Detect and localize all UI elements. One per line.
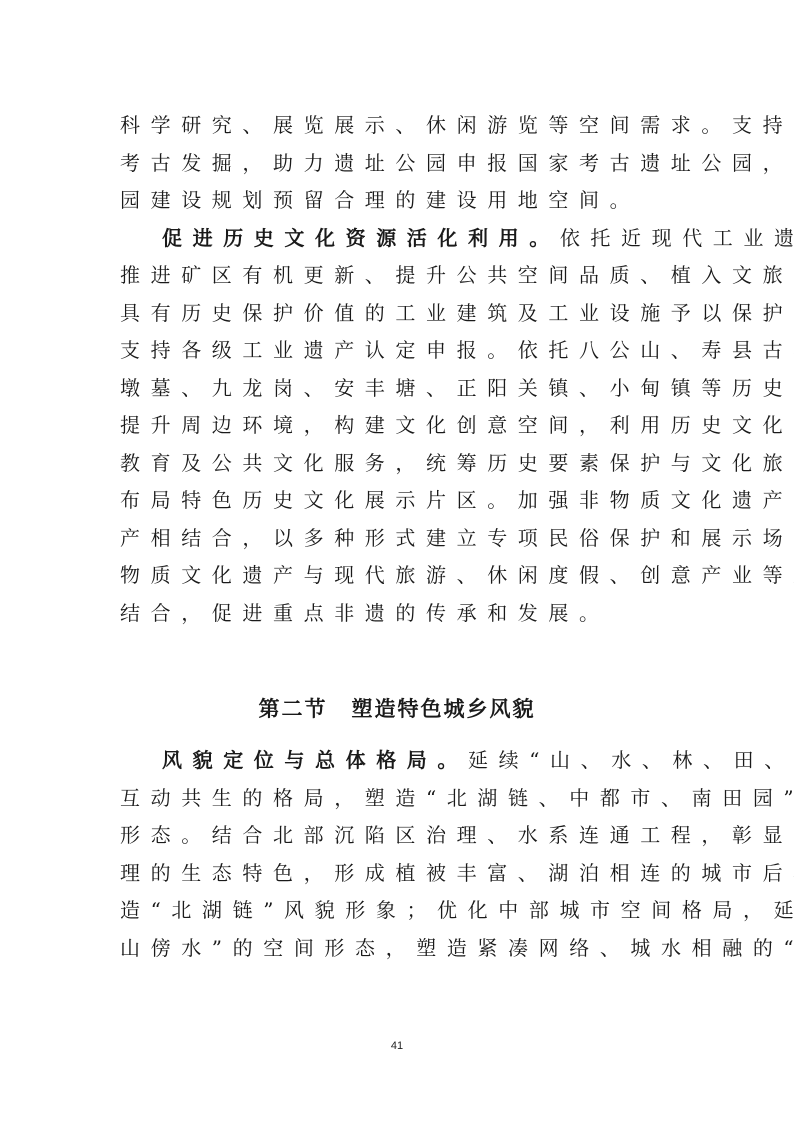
paragraph-lead-title: 促进历史文化资源活化利用。	[162, 226, 560, 250]
text-line: 推进矿区有机更新、提升公共空间品质、植入文旅功能，对	[120, 257, 680, 295]
text-line: 形态。结合北部沉陷区治理、水系连通工程，彰显沉陷区治	[120, 817, 680, 855]
text-line: 造“北湖链”风貌形象；优化中部城市空间格局，延续“依	[120, 892, 680, 930]
paragraph-first-line: 风貌定位与总体格局。延续“山、水、林、田、湖、城”	[120, 742, 680, 780]
page-number: 41	[0, 1040, 794, 1052]
text-line: 考古发掘，助力遗址公园申报国家考古遗址公园，为遗址公	[120, 145, 680, 183]
text-line: 科学研究、展览展示、休闲游览等空间需求。支持武王墩墓	[120, 107, 680, 145]
paragraph-lead-title: 风貌定位与总体格局。	[162, 748, 468, 772]
text-line: 支持各级工业遗产认定申报。依托八公山、寿县古城、武王	[120, 332, 680, 370]
paragraph-continued: 科学研究、展览展示、休闲游览等空间需求。支持武王墩墓 考古发掘，助力遗址公园申报…	[120, 107, 680, 220]
section-heading: 第二节塑造特色城乡风貌	[0, 693, 794, 725]
text-line: 山傍水”的空间形态，塑造紧凑网络、城水相融的“中都市”	[120, 930, 680, 968]
paragraph-heritage-utilization: 促进历史文化资源活化利用。依托近现代工业遗产资源， 推进矿区有机更新、提升公共空…	[120, 220, 680, 633]
paragraph-first-line: 促进历史文化资源活化利用。依托近现代工业遗产资源，	[120, 220, 680, 258]
text-line: 结合，促进重点非遗的传承和发展。	[120, 595, 680, 633]
text-line: 园建设规划预留合理的建设用地空间。	[120, 182, 680, 220]
text-line: 理的生态特色，形成植被丰富、湖泊相连的城市后花园，塑	[120, 855, 680, 893]
text-line: 布局特色历史文化展示片区。加强非物质文化遗产与物质遗	[120, 482, 680, 520]
text-line: 教育及公共文化服务，统筹历史要素保护与文化旅游发展，	[120, 445, 680, 483]
text-segment: 延续“山、水、林、田、湖、城”	[468, 748, 794, 772]
text-line: 墩墓、九龙岗、安丰塘、正阳关镇、小甸镇等历史文化遗产，	[120, 370, 680, 408]
text-line: 具有历史保护价值的工业建筑及工业设施予以保护和利用，	[120, 295, 680, 333]
text-line: 提升周边环境，构建文化创意空间，利用历史文化遗产提供	[120, 407, 680, 445]
section-number: 第二节	[259, 697, 328, 721]
text-line: 产相结合，以多种形式建立专项民俗保护和展示场所，将非	[120, 520, 680, 558]
text-line: 互动共生的格局，塑造“北湖链、中都市、南田园”的空间	[120, 780, 680, 818]
paragraph-style-positioning: 风貌定位与总体格局。延续“山、水、林、田、湖、城” 互动共生的格局，塑造“北湖链…	[120, 742, 680, 967]
document-page: 科学研究、展览展示、休闲游览等空间需求。支持武王墩墓 考古发掘，助力遗址公园申报…	[0, 0, 794, 1122]
text-segment: 依托近现代工业遗产资源，	[560, 226, 794, 250]
section-title: 塑造特色城乡风貌	[352, 697, 536, 721]
text-line: 物质文化遗产与现代旅游、休闲度假、创意产业等进行有机	[120, 557, 680, 595]
